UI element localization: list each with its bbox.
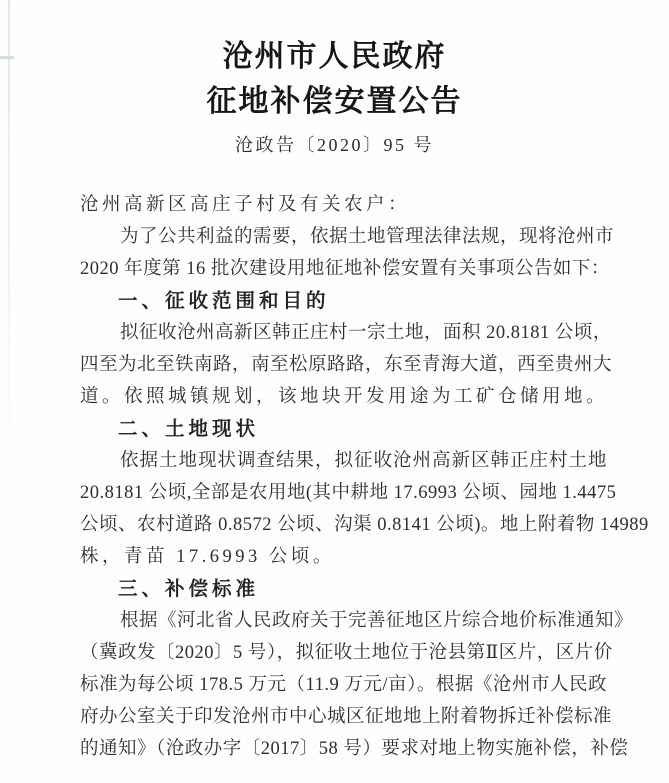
document-title-line1: 沧州市人民政府 — [0, 34, 669, 79]
document-body: 沧州高新区高庄子村及有关农户：为了公共利益的需要，依据土地管理法律法规，现将沧州… — [0, 189, 669, 765]
text-line: 标准为每公顷 178.5 万元（11.9 万元/亩）。根据《沧州市人民政 — [80, 669, 607, 701]
text-line: （冀政发〔2020〕5 号），拟征收土地位于沧县第Ⅱ区片，区片价 — [80, 637, 607, 669]
text-line: 公顷、农村道路 0.8572 公顷、沟渠 0.8141 公顷)。地上附着物 14… — [80, 509, 607, 541]
text-line: 株，青苗 17.6993 公顷。 — [80, 541, 607, 573]
section-heading: 二、土地现状 — [80, 413, 607, 445]
scanned-document-page: 沧州市人民政府 征地补偿安置公告 沧政告〔2020〕95 号 沧州高新区高庄子村… — [0, 0, 669, 783]
section-heading: 一、征收范围和目的 — [80, 285, 607, 317]
scan-tick-artifact — [0, 56, 14, 59]
text-line: 道。依照城镇规划，该地块开发用途为工矿仓储用地。 — [80, 381, 607, 413]
text-line: 依据土地现状调查结果，拟征收沧州高新区韩正庄村土地 — [80, 445, 607, 477]
document-number: 沧政告〔2020〕95 号 — [0, 133, 669, 157]
scan-edge-line-artifact — [8, 0, 10, 470]
document-title-line2: 征地补偿安置公告 — [0, 79, 669, 124]
text-line: 2020 年度第 16 批次建设用地征地补偿安置有关事项公告如下： — [80, 253, 607, 285]
text-line: 府办公室关于印发沧州市中心城区征地地上附着物拆迁补偿标准 — [80, 701, 607, 733]
text-line: 根据《河北省人民政府关于完善征地区片综合地价标准通知》 — [80, 605, 607, 637]
text-line: 的通知》（沧政办字〔2017〕58 号）要求对地上物实施补偿，补偿 — [80, 733, 607, 765]
document-header: 沧州市人民政府 征地补偿安置公告 沧政告〔2020〕95 号 — [0, 34, 669, 157]
text-line: 为了公共利益的需要，依据土地管理法律法规，现将沧州市 — [80, 221, 607, 253]
section-heading: 三、补偿标准 — [80, 573, 607, 605]
text-line: 沧州高新区高庄子村及有关农户： — [80, 189, 607, 221]
text-line: 四至为北至铁南路，南至松原路路，东至青海大道，西至贵州大 — [80, 349, 607, 381]
text-line: 20.8181 公顷,全部是农用地(其中耕地 17.6993 公顷、园地 1.4… — [80, 477, 607, 509]
text-line: 拟征收沧州高新区韩正庄村一宗土地，面积 20.8181 公顷， — [80, 317, 607, 349]
